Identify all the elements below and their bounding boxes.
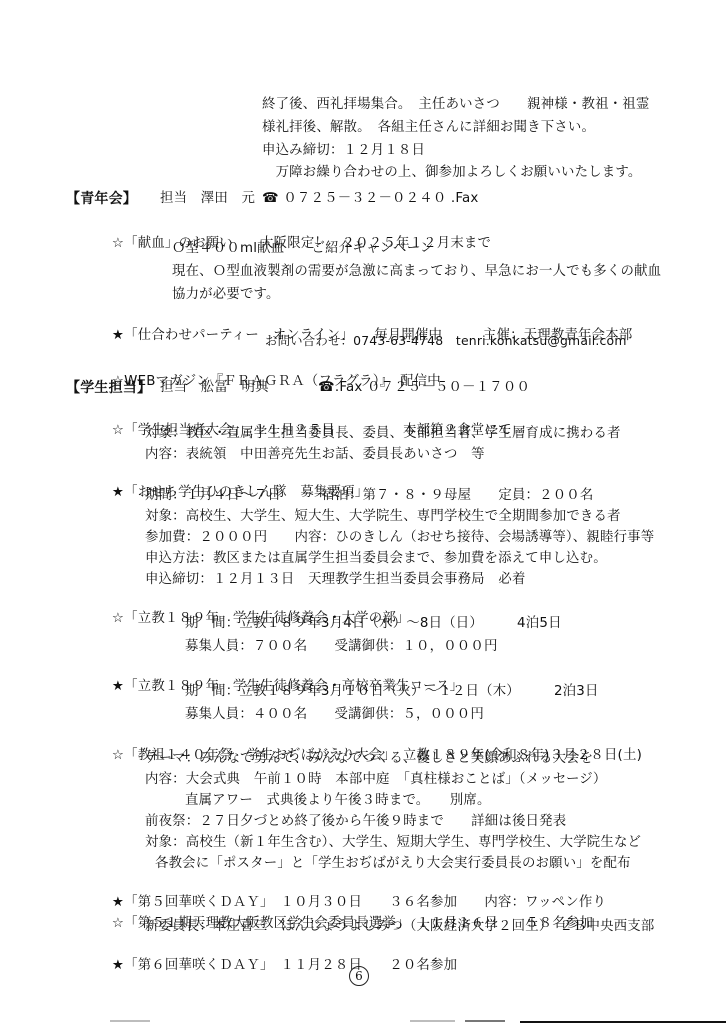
contact-person: 担当 舩冨 明典 <box>160 379 269 397</box>
item-detail: 期 間：立教１８９年3月4日（水）～8日（日） 4泊5日 <box>185 615 562 633</box>
phone-number: ☎ ０７２５－３２－０２４０ .Fax <box>262 190 479 208</box>
item-detail: 内容：大会式典 午前１０時 本部中庭 「真柱様おことば」（メッセージ） <box>145 771 606 789</box>
item-detail: 参加費：２０００円 内容：ひのきしん（おせち接待、会場誘導等）、親睦行事等 <box>145 529 654 547</box>
item-detail: 内容：表統領 中田善亮先生お話、委員長あいさつ 等 <box>145 446 485 464</box>
scan-artifact <box>520 1021 726 1023</box>
page-number: 6 <box>349 966 369 986</box>
star-filled-icon: ★ <box>112 485 124 500</box>
star-outline-icon: ☆ <box>112 423 124 438</box>
star-outline-icon: ☆ <box>112 916 124 931</box>
intro-line: 申込み締切：１２月１８日 <box>262 142 425 160</box>
item-detail: 各教会に「ポスター」と「学生おぢばがえり大会実行委員長のお願い」を配布 <box>155 855 631 873</box>
scan-artifact <box>410 1020 455 1022</box>
item-detail: テーマ：みんなで勇んで、みんなでつくる、優しさと笑顔あふれる大会を <box>145 750 593 768</box>
item-title: 「第６回華咲くＤＡＹ」 １１月２８日 ２０名参加 <box>124 958 457 973</box>
section-heading-seinenkai: 【青年会】 <box>66 190 137 208</box>
item-detail: 現在、Ｏ型血液製剤の需要が急激に高まっており、早急にお一人でも多くの献血 <box>172 263 661 281</box>
star-filled-icon: ★ <box>112 679 124 694</box>
list-item: ★「第６回華咲くＤＡＹ」 １１月２８日 ２０名参加 <box>103 939 457 975</box>
item-detail: 新委員長：本庄喜三 ほんじょうよしみつ（大阪経済大学２回生） ２Ｂ中央西支部 <box>145 918 654 936</box>
item-detail: 対象：教区・直属学生担当委員長、委員、支部担当者、学生層育成に携わる者 <box>145 425 621 443</box>
scan-artifact <box>110 1020 150 1022</box>
star-filled-icon: ★ <box>112 958 124 973</box>
item-detail: 対象：高校生（新１年生含む）、大学生、短期大学生、専門学校生、大学院生など <box>145 834 641 852</box>
star-outline-icon: ☆ <box>112 236 124 251</box>
intro-line: 終了後、西礼拝場集合。 主任あいさつ 親神様・教祖・祖霊 <box>262 96 649 114</box>
item-detail: 期間：１月４日～７日 宿泊：第７・８・９母屋 定員：２００名 <box>145 487 594 505</box>
item-detail: Ｏ型４００ml献血 ご紹介キャンペーン <box>172 240 434 258</box>
item-detail: 募集人員：７００名 受講御供：１０，０００円 <box>185 638 498 656</box>
star-outline-icon: ☆ <box>112 611 124 626</box>
scan-artifact <box>465 1020 505 1022</box>
item-detail: 申込方法：教区または直属学生担当委員会まで、参加費を添えて申し込む。 <box>145 550 607 568</box>
contact-person: 担当 澤田 元 <box>160 190 255 208</box>
section-heading-gakusei: 【学生担当】 <box>66 379 151 397</box>
item-detail: 申込締切：１２月１３日 天理教学生担当委員会事務局 必着 <box>145 571 526 589</box>
item-detail: 対象：高校生、大学生、短大生、大学院生、専門学校生で全期間参加できる者 <box>145 508 621 526</box>
item-detail: 募集人員：４００名 受講御供：５，０００円 <box>185 706 484 724</box>
star-filled-icon: ★ <box>112 328 124 343</box>
item-detail: 期 間：立教１８９年3月１０日（火）～１２日（木） 2泊3日 <box>185 683 599 701</box>
intro-line: 様礼拝後、解散。 各組主任さんに詳細お聞き下さい。 <box>262 119 595 137</box>
item-detail: 協力が必要です。 <box>172 286 280 304</box>
intro-line: 万障お繰り合わせの上、御参加よろしくお願いいたします。 <box>262 164 641 182</box>
item-detail: お問い合わせ：0743-63-4748 tenri.konkatsu@gmail… <box>265 332 627 350</box>
item-detail: 直属アワー 式典後より午後３時まで。 別席。 <box>185 792 491 810</box>
star-outline-icon: ☆ <box>112 748 124 763</box>
item-detail: 前夜祭：２７日夕づとめ終了後から午後９時まで 詳細は後日発表 <box>145 813 566 831</box>
phone-number: ☎.Fax ０７２５－５０－１７００ <box>318 379 530 397</box>
